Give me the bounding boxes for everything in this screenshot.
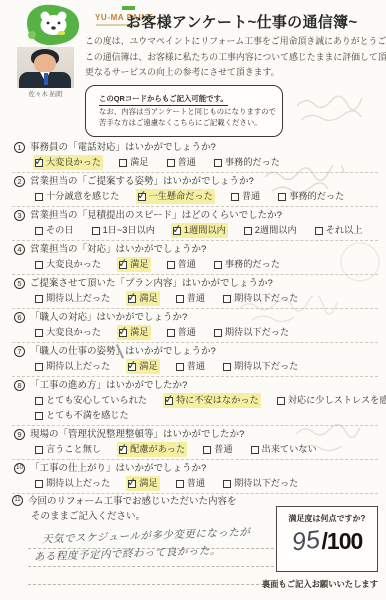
checkbox-icon — [167, 159, 175, 167]
intro-text: この度は、ユウマペイントにリフォーム工事をご用命頂き誠にありがとうございました。… — [85, 34, 385, 81]
option-label: 普通 — [178, 155, 196, 170]
option-row: 期待以上だった✓満足普通期待以下だった — [33, 359, 378, 374]
question-text: 「職人の対応」はいかがでしょうか? — [30, 311, 187, 325]
checkbox-icon — [278, 193, 286, 201]
checkbox-icon — [35, 412, 43, 420]
q4-option-2[interactable]: ✓満足 — [117, 257, 150, 272]
survey-question: 5 ご提案させて頂いた「プラン内容」はいかがでしょうか? 期待以上だった✓満足普… — [12, 275, 378, 309]
option-label: 満足 — [130, 155, 148, 170]
option-row: とても安心していられた✓特に不安はなかった対応に少しストレスを感じた — [33, 393, 378, 408]
check-mark-icon: ✓ — [163, 391, 175, 407]
score-label: 満足度は何点ですか? — [277, 513, 377, 524]
option-label: 対応に少しストレスを感じた — [288, 393, 386, 408]
staff-portrait — [17, 47, 74, 88]
question-number: 4 — [14, 244, 25, 255]
option-label: 大変良かった — [46, 257, 101, 272]
checkbox-icon — [223, 295, 231, 303]
checkbox-icon — [119, 159, 127, 167]
q7-option-1[interactable]: 期待以上だった — [33, 359, 112, 374]
checkbox-checked-icon: ✓ — [119, 446, 127, 454]
option-label: 満足 — [139, 476, 157, 491]
score-denominator: /100 — [322, 528, 363, 555]
intro-line: 更なるサービスの向上の参考にさせて頂きます。 — [85, 65, 385, 81]
option-label: 配慮があった — [130, 442, 185, 457]
question-number: 5 — [14, 278, 25, 289]
q5-option-2[interactable]: ✓満足 — [126, 291, 159, 306]
option-rows: 大変良かった✓満足普通期待以下だった — [14, 325, 378, 340]
q6-option-4[interactable]: 期待以下だった — [212, 325, 291, 340]
option-row: 言うこと無し✓配慮があった普通出来ていない — [33, 442, 378, 457]
q7-option-4[interactable]: 期待以下だった — [221, 359, 300, 374]
option-label: 満足 — [130, 257, 148, 272]
question-text: 「工事の仕上がり」はいかがでしょうか? — [30, 462, 206, 476]
option-label: 普通 — [242, 189, 260, 204]
question-number: 10 — [14, 463, 25, 474]
question-text: 営業担当の「対応」はいかがでしょうか? — [30, 243, 206, 257]
checkbox-icon — [167, 261, 175, 269]
checkbox-checked-icon: ✓ — [119, 329, 127, 337]
comment-write-area[interactable]: 天気でスケジュールが多少変更になったが ある程度予定内で終わって良かった。 — [28, 531, 274, 585]
check-mark-icon: ✓ — [171, 221, 183, 237]
intro-line: この度は、ユウマペイントにリフォーム工事をご用命頂き誠にありがとうございました。 — [85, 34, 385, 50]
option-label: 普通 — [178, 325, 196, 340]
option-label: 事務的だった — [289, 189, 344, 204]
checkbox-icon — [35, 261, 43, 269]
checkbox-checked-icon: ✓ — [128, 363, 136, 371]
question-text: 営業担当の「見積提出のスピード」はどのくらいでしたか? — [30, 209, 282, 223]
question-number: 9 — [14, 429, 25, 440]
option-label: 期待以上だった — [46, 476, 110, 491]
option-row: 十分誠意を感じた✓一生懸命だった普通事務的だった — [33, 189, 378, 204]
satisfaction-score-box: 満足度は何点ですか? 95 /100 — [276, 506, 378, 572]
checkbox-icon — [176, 480, 184, 488]
q1-option-4[interactable]: 事務的だった — [212, 155, 282, 170]
check-mark-icon: ✓ — [126, 357, 138, 373]
q2-option-4[interactable]: 事務的だった — [276, 189, 346, 204]
option-label: 事務的だった — [225, 257, 280, 272]
qr-panel-line2: なお、内容は当アンケートと同じものになりますので — [99, 106, 276, 118]
option-label: 1週間以内 — [184, 223, 226, 238]
check-mark-icon: ✓ — [117, 323, 129, 339]
q7-option-2[interactable]: ✓満足 — [126, 359, 159, 374]
option-label: それ以上 — [326, 223, 363, 238]
option-row: とても不満を感じた — [33, 408, 378, 423]
checkbox-icon — [176, 363, 184, 371]
option-rows: 期待以上だった✓満足普通期待以下だった — [14, 291, 378, 306]
checkbox-checked-icon: ✓ — [128, 480, 136, 488]
checkbox-icon — [176, 295, 184, 303]
question-text: 現場の「管理状況整理整頓等」はいかがでしたか? — [30, 428, 244, 442]
option-label: 普通 — [187, 476, 205, 491]
q5-option-1[interactable]: 期待以上だった — [33, 291, 112, 306]
checkbox-icon — [35, 397, 43, 405]
q3-option-2[interactable]: 1日~3日以内 — [90, 223, 157, 238]
checkbox-icon — [277, 397, 285, 405]
q10-option-2[interactable]: ✓満足 — [126, 476, 159, 491]
option-label: とても不満を感じた — [46, 408, 129, 423]
checkbox-checked-icon: ✓ — [138, 193, 146, 201]
option-label: 普通 — [178, 257, 196, 272]
option-label: とても安心していられた — [46, 393, 147, 408]
question-number: 2 — [14, 176, 25, 187]
checkbox-icon — [35, 329, 43, 337]
q5-option-4[interactable]: 期待以下だった — [221, 291, 300, 306]
option-row: 期待以上だった✓満足普通期待以下だった — [33, 291, 378, 306]
option-rows: 期待以上だった✓満足普通期待以下だった — [14, 359, 378, 374]
checkbox-icon — [35, 480, 43, 488]
q4-option-4[interactable]: 事務的だった — [212, 257, 282, 272]
q8-option-2[interactable]: ✓特に不安はなかった — [163, 393, 261, 408]
q7-option-3[interactable]: 普通 — [174, 359, 207, 374]
question-number: 8 — [14, 380, 25, 391]
option-label: 普通 — [187, 359, 205, 374]
q2-option-3[interactable]: 普通 — [229, 189, 262, 204]
question-text: ご提案させて頂いた「プラン内容」はいかがでしょうか? — [30, 277, 273, 291]
option-label: 2週間以内 — [255, 223, 297, 238]
option-label: 大変良かった — [46, 155, 101, 170]
question-text: 「工事の進め方」はいかがでしたか? — [30, 379, 187, 393]
option-row: 大変良かった✓満足普通事務的だった — [33, 257, 378, 272]
option-label: 満足 — [139, 359, 157, 374]
q8-option-1[interactable]: とても安心していられた — [33, 393, 149, 408]
option-label: 事務的だった — [225, 155, 280, 170]
score-row: 95 /100 — [277, 527, 377, 556]
q1-option-3[interactable]: 普通 — [165, 155, 198, 170]
checkbox-icon — [35, 446, 43, 454]
survey-question: 2 営業担当の「ご提案する姿勢」はいかがでしょうか? 十分誠意を感じた✓一生懸命… — [12, 173, 378, 207]
q5-option-3[interactable]: 普通 — [174, 291, 207, 306]
brand-dash-icon — [122, 6, 135, 10]
option-label: 大変良かった — [46, 325, 101, 340]
question-number: 11 — [12, 495, 23, 506]
question-text: 事務員の「電話対応」はいかがでしょうか? — [30, 141, 216, 155]
check-mark-icon: ✓ — [136, 187, 148, 203]
survey-question: 10 「工事の仕上がり」はいかがでしょうか? 期待以上だった✓満足普通期待以下だ… — [12, 460, 378, 494]
option-row: その日1日~3日以内✓1週間以内2週間以内それ以上 — [33, 223, 378, 238]
question-head: 8 「工事の進め方」はいかがでしたか? — [14, 379, 378, 393]
checkbox-icon — [223, 363, 231, 371]
option-label: 言うこと無し — [46, 442, 101, 457]
score-value[interactable]: 95 — [290, 525, 321, 557]
survey-page: YU-MA PAINT お客様アンケート~仕事の通信簿~ 佐々木 拓朗 この度は… — [0, 0, 386, 600]
q4-option-1[interactable]: 大変良かった — [33, 257, 103, 272]
option-row: 期待以上だった✓満足普通期待以下だった — [33, 476, 378, 491]
checkbox-icon — [203, 446, 211, 454]
option-rows: とても安心していられた✓特に不安はなかった対応に少しストレスを感じたとても不満を… — [14, 393, 378, 423]
option-label: 期待以下だった — [234, 291, 298, 306]
option-rows: 言うこと無し✓配慮があった普通出来ていない — [14, 442, 378, 457]
checkbox-icon — [244, 227, 252, 235]
checkbox-checked-icon: ✓ — [165, 397, 173, 405]
question-head: 5 ご提案させて頂いた「プラン内容」はいかがでしょうか? — [14, 277, 378, 291]
q3-option-4[interactable]: 2週間以内 — [242, 223, 299, 238]
q8-option-4[interactable]: とても不満を感じた — [33, 408, 131, 423]
checkbox-icon — [214, 159, 222, 167]
check-mark-icon: ✓ — [117, 440, 129, 456]
q9-option-2[interactable]: ✓配慮があった — [117, 442, 187, 457]
question-head: 10 「工事の仕上がり」はいかがでしょうか? — [14, 462, 378, 476]
question-head: 4 営業担当の「対応」はいかがでしょうか? — [14, 243, 378, 257]
q6-option-3[interactable]: 普通 — [165, 325, 198, 340]
option-label: 期待以下だった — [225, 325, 289, 340]
q4-option-3[interactable]: 普通 — [165, 257, 198, 272]
q9-option-4[interactable]: 出来ていない — [249, 442, 319, 457]
option-label: その日 — [46, 223, 74, 238]
checkbox-icon — [251, 446, 259, 454]
ruled-line — [28, 567, 274, 585]
q3-option-3[interactable]: ✓1週間以内 — [171, 223, 228, 238]
option-label: 普通 — [187, 291, 205, 306]
company-logo-icon — [22, 3, 84, 47]
q3-option-5[interactable]: それ以上 — [313, 223, 365, 238]
q2-option-2[interactable]: ✓一生懸命だった — [136, 189, 215, 204]
question-head: 6 「職人の対応」はいかがでしょうか? — [14, 311, 378, 325]
staff-name: 佐々木 拓朗 — [14, 89, 77, 98]
checkbox-icon — [35, 363, 43, 371]
option-label: 期待以下だった — [234, 476, 298, 491]
option-label: 満足 — [130, 325, 148, 340]
question-head: 2 営業担当の「ご提案する姿勢」はいかがでしょうか? — [14, 175, 378, 189]
checkbox-icon — [35, 193, 43, 201]
question-head: 9 現場の「管理状況整理整頓等」はいかがでしたか? — [14, 428, 378, 442]
q1-option-2[interactable]: 満足 — [117, 155, 150, 170]
checkbox-icon — [214, 261, 222, 269]
survey-question: 7 「職人の仕事の姿勢」はいかがでしょうか? 期待以上だった✓満足普通期待以下だ… — [12, 343, 378, 377]
survey-question: 6 「職人の対応」はいかがでしょうか? 大変良かった✓満足普通期待以下だった — [12, 309, 378, 343]
q6-option-2[interactable]: ✓満足 — [117, 325, 150, 340]
question-number: 6 — [14, 312, 25, 323]
option-label: 一生懸命だった — [149, 189, 213, 204]
option-rows: その日1日~3日以内✓1週間以内2週間以内それ以上 — [14, 223, 378, 238]
option-rows: 大変良かった✓満足普通事務的だった — [14, 257, 378, 272]
check-mark-icon: ✓ — [33, 153, 45, 169]
survey-question: 9 現場の「管理状況整理整頓等」はいかがでしたか? 言うこと無し✓配慮があった普… — [12, 426, 378, 460]
check-mark-icon: ✓ — [126, 289, 138, 305]
checkbox-icon — [167, 329, 175, 337]
page-title: お客様アンケート~仕事の通信簿~ — [126, 11, 382, 32]
q2-option-1[interactable]: 十分誠意を感じた — [33, 189, 122, 204]
q9-option-3[interactable]: 普通 — [201, 442, 234, 457]
option-label: 満足 — [139, 291, 157, 306]
question-number: 1 — [14, 142, 25, 153]
q8-option-3[interactable]: 対応に少しストレスを感じた — [275, 393, 386, 408]
option-row: 大変良かった✓満足普通期待以下だった — [33, 325, 378, 340]
checkbox-checked-icon: ✓ — [173, 227, 181, 235]
option-label: 出来ていない — [262, 442, 317, 457]
survey-question: 8 「工事の進め方」はいかがでしたか? とても安心していられた✓特に不安はなかっ… — [12, 377, 378, 426]
option-label: 特に不安はなかった — [176, 393, 259, 408]
comment-section: 11 今回のリフォーム工事でお感じいただいた内容を そのままご記入ください。 天… — [12, 494, 378, 598]
qr-panel-text: このQRコードからもご記入可能です。 なお、内容は当アンケートと同じものになりま… — [99, 93, 276, 129]
q1-option-1[interactable]: ✓大変良かった — [33, 155, 103, 170]
q10-option-1[interactable]: 期待以上だった — [33, 476, 112, 491]
checkbox-icon — [92, 227, 100, 235]
question-number: 3 — [14, 210, 25, 221]
checkbox-icon — [35, 295, 43, 303]
option-rows: ✓大変良かった満足普通事務的だった — [14, 155, 378, 170]
checkbox-icon — [315, 227, 323, 235]
option-label: 1日~3日以内 — [103, 223, 155, 238]
option-label: 期待以上だった — [46, 359, 110, 374]
q6-option-1[interactable]: 大変良かった — [33, 325, 103, 340]
question-number: 7 — [14, 346, 25, 357]
option-label: 期待以下だった — [234, 359, 298, 374]
option-rows: 十分誠意を感じた✓一生懸命だった普通事務的だった — [14, 189, 378, 204]
option-label: 期待以上だった — [46, 291, 110, 306]
question-list: 1 事務員の「電話対応」はいかがでしょうか? ✓大変良かった満足普通事務的だった… — [12, 139, 378, 494]
option-label: 十分誠意を感じた — [46, 189, 120, 204]
check-mark-icon: ✓ — [126, 474, 138, 490]
checkbox-checked-icon: ✓ — [35, 159, 43, 167]
survey-question: 4 営業担当の「対応」はいかがでしょうか? 大変良かった✓満足普通事務的だった — [12, 241, 378, 275]
scan-artifact — [293, 92, 381, 130]
qr-panel: このQRコードからもご記入可能です。 なお、内容は当アンケートと同じものになりま… — [85, 85, 283, 137]
checkbox-icon — [231, 193, 239, 201]
portrait-face — [34, 54, 56, 73]
question-head: 3 営業担当の「見積提出のスピード」はどのくらいでしたか? — [14, 209, 378, 223]
q3-option-1[interactable]: その日 — [33, 223, 76, 238]
option-row: ✓大変良かった満足普通事務的だった — [33, 155, 378, 170]
check-mark-icon: ✓ — [117, 255, 129, 271]
option-label: 普通 — [214, 442, 232, 457]
survey-question: 1 事務員の「電話対応」はいかがでしょうか? ✓大変良かった満足普通事務的だった — [12, 139, 378, 173]
qr-panel-line1: このQRコードからもご記入可能です。 — [99, 93, 228, 106]
portrait-tie — [44, 73, 48, 85]
checkbox-checked-icon: ✓ — [128, 295, 136, 303]
question-head: 7 「職人の仕事の姿勢」はいかがでしょうか? — [14, 345, 378, 359]
q10-option-3[interactable]: 普通 — [174, 476, 207, 491]
checkbox-icon — [35, 227, 43, 235]
question-text: 今回のリフォーム工事でお感じいただいた内容を — [28, 494, 237, 509]
question-head: 1 事務員の「電話対応」はいかがでしょうか? — [14, 141, 378, 155]
checkbox-icon — [214, 329, 222, 337]
checkbox-icon — [223, 480, 231, 488]
footer-note: 裏面もご記入お願いいたします — [262, 578, 378, 590]
checkbox-checked-icon: ✓ — [119, 261, 127, 269]
intro-line: この通信簿は、お客様に私たちの工事内容について感じたままに評価して頂くことで、 — [85, 50, 385, 66]
survey-question: 3 営業担当の「見積提出のスピード」はどのくらいでしたか? その日1日~3日以内… — [12, 207, 378, 241]
qr-panel-line3: 苦手な方はご遠慮なくこちらにご記載ください。 — [99, 117, 276, 129]
q9-option-1[interactable]: 言うこと無し — [33, 442, 103, 457]
option-rows: 期待以上だった✓満足普通期待以下だった — [14, 476, 378, 491]
q10-option-4[interactable]: 期待以下だった — [221, 476, 300, 491]
